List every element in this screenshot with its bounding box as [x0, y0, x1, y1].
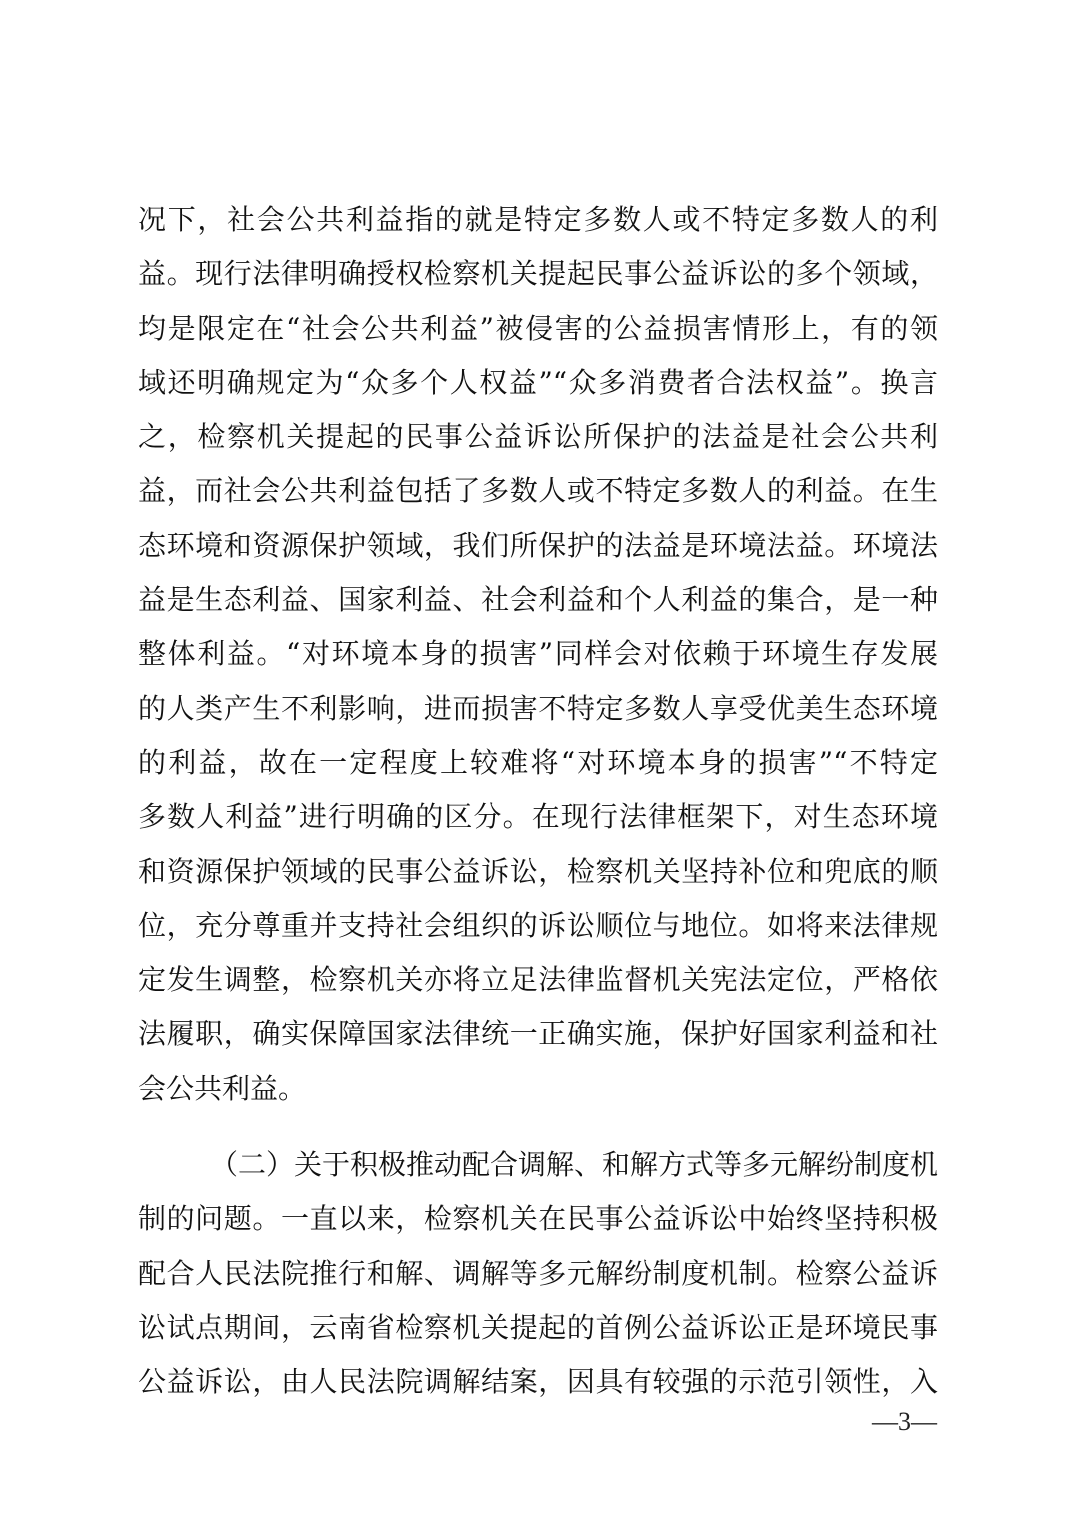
text-line: 益是生态利益、国家利益、社会利益和个人利益的集合，是一种: [138, 573, 938, 627]
text-line: 之，检察机关提起的民事公益诉讼所保护的法益是社会公共利: [138, 410, 938, 464]
text-line: 益，而社会公共利益包括了多数人或不特定多数人的利益。在生: [138, 464, 938, 518]
text-line: 整体利益。“对环境本身的损害”同样会对依赖于环境生存发展: [138, 627, 938, 681]
text-line: 域还明确规定为“众多个人权益”“众多消费者合法权益”。换言: [138, 356, 938, 410]
text-line: 益。现行法律明确授权检察机关提起民事公益诉讼的多个领域，: [138, 247, 938, 301]
text-line: 态环境和资源保护领域，我们所保护的法益是环境法益。环境法: [138, 519, 938, 573]
text-line: 讼试点期间，云南省检察机关提起的首例公益诉讼正是环境民事: [138, 1301, 938, 1355]
text-line: 多数人利益”进行明确的区分。在现行法律框架下，对生态环境: [138, 790, 938, 844]
text-line: 的人类产生不利影响，进而损害不特定多数人享受优美生态环境: [138, 682, 938, 736]
text-line: 配合人民法院推行和解、调解等多元解纷制度机制。检察公益诉: [138, 1247, 938, 1301]
text-line: 会公共利益。: [138, 1062, 938, 1116]
document-page: 况下，社会公共利益指的就是特定多数人或不特定多数人的利 益。现行法律明确授权检察…: [0, 0, 1074, 1520]
page-number: —3—: [872, 1407, 937, 1437]
paragraph-spacer: [138, 1116, 938, 1138]
document-body: 况下，社会公共利益指的就是特定多数人或不特定多数人的利 益。现行法律明确授权检察…: [138, 193, 938, 1410]
text-line: 均是限定在“社会公共利益”被侵害的公益损害情形上，有的领: [138, 302, 938, 356]
text-line: 况下，社会公共利益指的就是特定多数人或不特定多数人的利: [138, 193, 938, 247]
text-line: 和资源保护领域的民事公益诉讼，检察机关坚持补位和兜底的顺: [138, 845, 938, 899]
text-line: 公益诉讼，由人民法院调解结案，因具有较强的示范引领性，入: [138, 1355, 938, 1409]
paragraph-2: （二）关于积极推动配合调解、和解方式等多元解纷制度机 制的问题。一直以来，检察机…: [138, 1138, 938, 1409]
text-line: 位，充分尊重并支持社会组织的诉讼顺位与地位。如将来法律规: [138, 899, 938, 953]
text-line: 的利益，故在一定程度上较难将“对环境本身的损害”“不特定: [138, 736, 938, 790]
text-line: 定发生调整，检察机关亦将立足法律监督机关宪法定位，严格依: [138, 953, 938, 1007]
text-line: 制的问题。一直以来，检察机关在民事公益诉讼中始终坚持积极: [138, 1192, 938, 1246]
section-heading-line: （二）关于积极推动配合调解、和解方式等多元解纷制度机: [138, 1138, 938, 1192]
paragraph-1: 况下，社会公共利益指的就是特定多数人或不特定多数人的利 益。现行法律明确授权检察…: [138, 193, 938, 1116]
text-line: 法履职，确实保障国家法律统一正确实施，保护好国家利益和社: [138, 1007, 938, 1061]
